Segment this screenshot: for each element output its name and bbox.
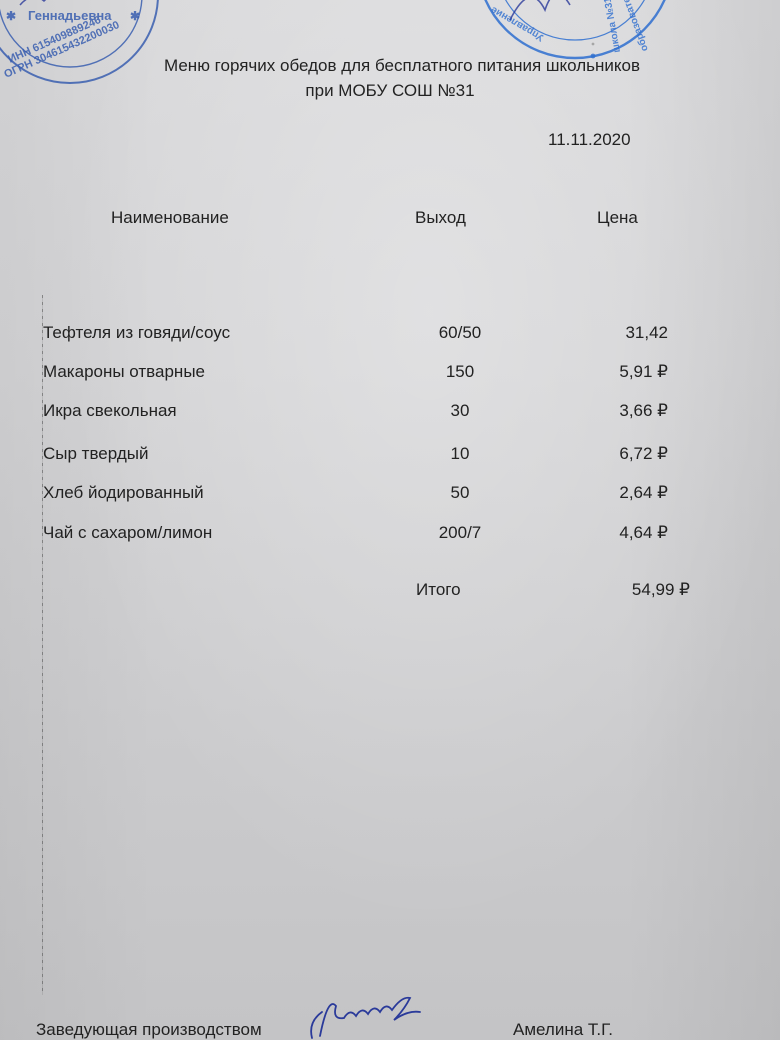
row-name: Хлеб йодированный [43,483,204,503]
row-price: 2,64 ₽ [580,483,668,503]
table-row: Чай с сахаром/лимон200/74,64 ₽ [0,523,780,547]
header-price: Цена [597,208,638,228]
row-price: 6,72 ₽ [580,444,668,464]
total-value: 54,99 ₽ [600,580,690,600]
row-price: 4,64 ₽ [580,523,668,543]
row-price: 5,91 ₽ [580,362,668,382]
row-output: 30 [420,401,500,421]
footer-name: Амелина Т.Г. [513,1020,613,1040]
table-row: Тефтеля из говяди/соус60/5031,42 [0,323,780,347]
stamp-right: Управление образовательное школа №31 [470,0,680,60]
table-row: Икра свекольная303,66 ₽ [0,401,780,425]
svg-text:✱: ✱ [6,9,16,23]
row-price: 31,42 [580,323,668,343]
document-subtitle: при МОБУ СОШ №31 [0,81,780,101]
row-output: 50 [420,483,500,503]
signature [298,990,498,1040]
stamp-right-text-1: Управление [489,4,546,43]
total-label: Итого [416,580,461,600]
row-name: Чай с сахаром/лимон [43,523,212,543]
row-output: 10 [420,444,500,464]
stamp-left: Геннадьевна ИНН 615409889246 ОГРН 304615… [0,0,160,90]
row-name: Тефтеля из говяди/соус [43,323,230,343]
paper-page [0,0,780,1040]
row-name: Макароны отварные [43,362,205,382]
header-name: Наименование [111,208,229,228]
row-output: 200/7 [420,523,500,543]
document-date: 11.11.2020 [548,130,631,150]
row-name: Сыр твердый [43,444,148,464]
table-row: Сыр твердый106,72 ₽ [0,444,780,468]
row-price: 3,66 ₽ [580,401,668,421]
document-title: Меню горячих обедов для бесплатного пита… [12,56,780,76]
row-output: 150 [420,362,500,382]
row-name: Икра свекольная [43,401,177,421]
svg-text:✱: ✱ [130,9,140,23]
row-output: 60/50 [420,323,500,343]
table-row: Хлеб йодированный502,64 ₽ [0,483,780,507]
table-row: Макароны отварные1505,91 ₽ [0,362,780,386]
header-output: Выход [415,208,466,228]
footer-role: Заведующая производством [36,1020,262,1040]
margin-line [42,295,43,995]
